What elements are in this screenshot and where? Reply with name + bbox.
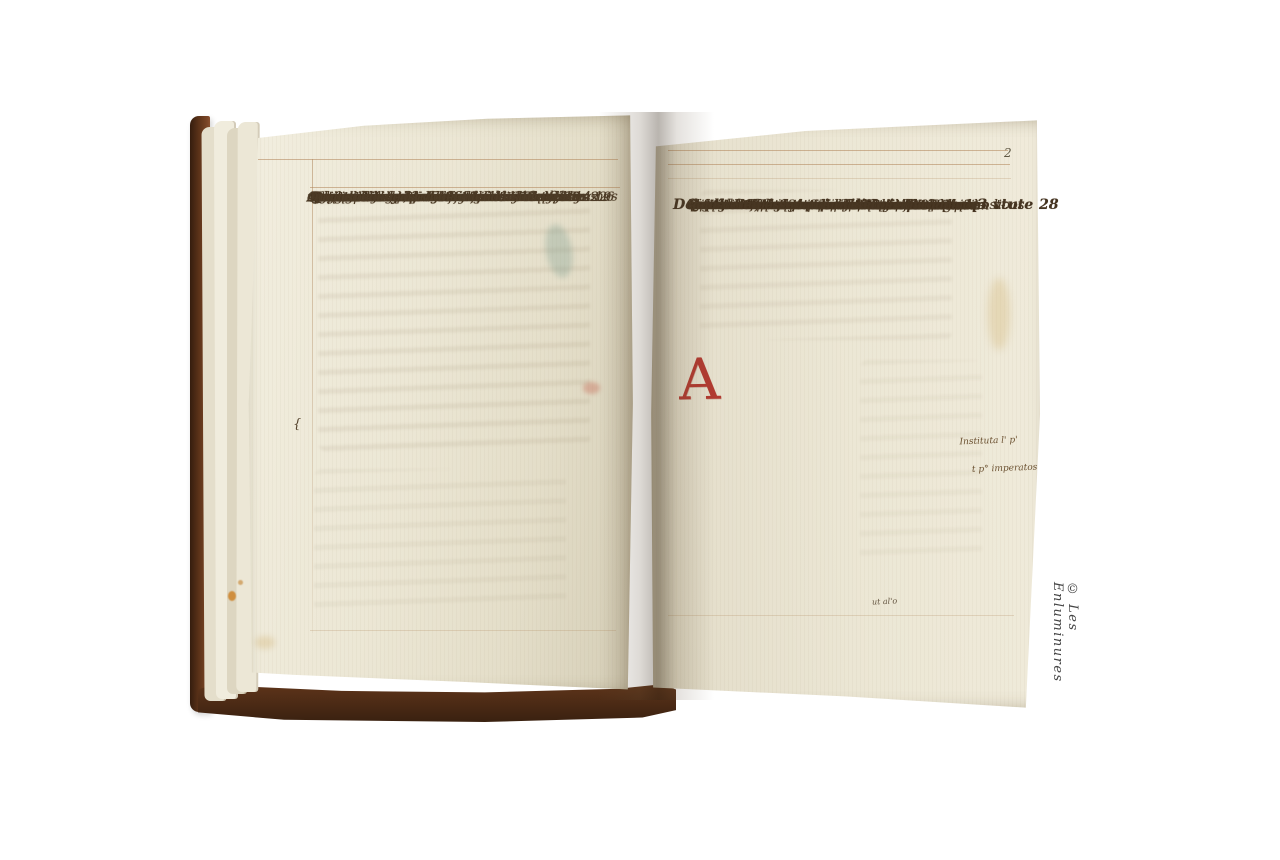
ruling-line	[258, 159, 618, 160]
ruling-line	[310, 630, 616, 631]
ruling-line	[668, 615, 1014, 616]
ruling-line	[312, 159, 313, 633]
manuscript-line: Quali specie castra definienda sint .23	[307, 188, 566, 208]
folio-number: 2	[1004, 146, 1012, 160]
manuscript-line: ignoscere posse. quam ceteros. tanto mai…	[688, 196, 985, 215]
ruling-line	[668, 150, 1008, 151]
illuminated-initial-A: A	[679, 352, 721, 410]
manuscript-photo: in eligendo qui meliores possint ee tyro…	[0, 0, 1280, 860]
bleedthrough-text	[318, 199, 590, 451]
ruling-line	[668, 178, 1011, 179]
bleedthrough-text	[314, 469, 566, 611]
margin-note-line: Instituta l' p'	[959, 435, 1017, 447]
copyright-credit: © Les Enluminures	[1050, 582, 1080, 732]
margin-note: Instituta l' p' t p° imperatos	[959, 433, 1037, 478]
interlinear-note: ut al'o	[872, 596, 898, 606]
paraph-mark: {	[293, 417, 301, 432]
margin-note-line: t p° imperatos	[972, 463, 1038, 475]
ruling-line	[668, 164, 1010, 165]
